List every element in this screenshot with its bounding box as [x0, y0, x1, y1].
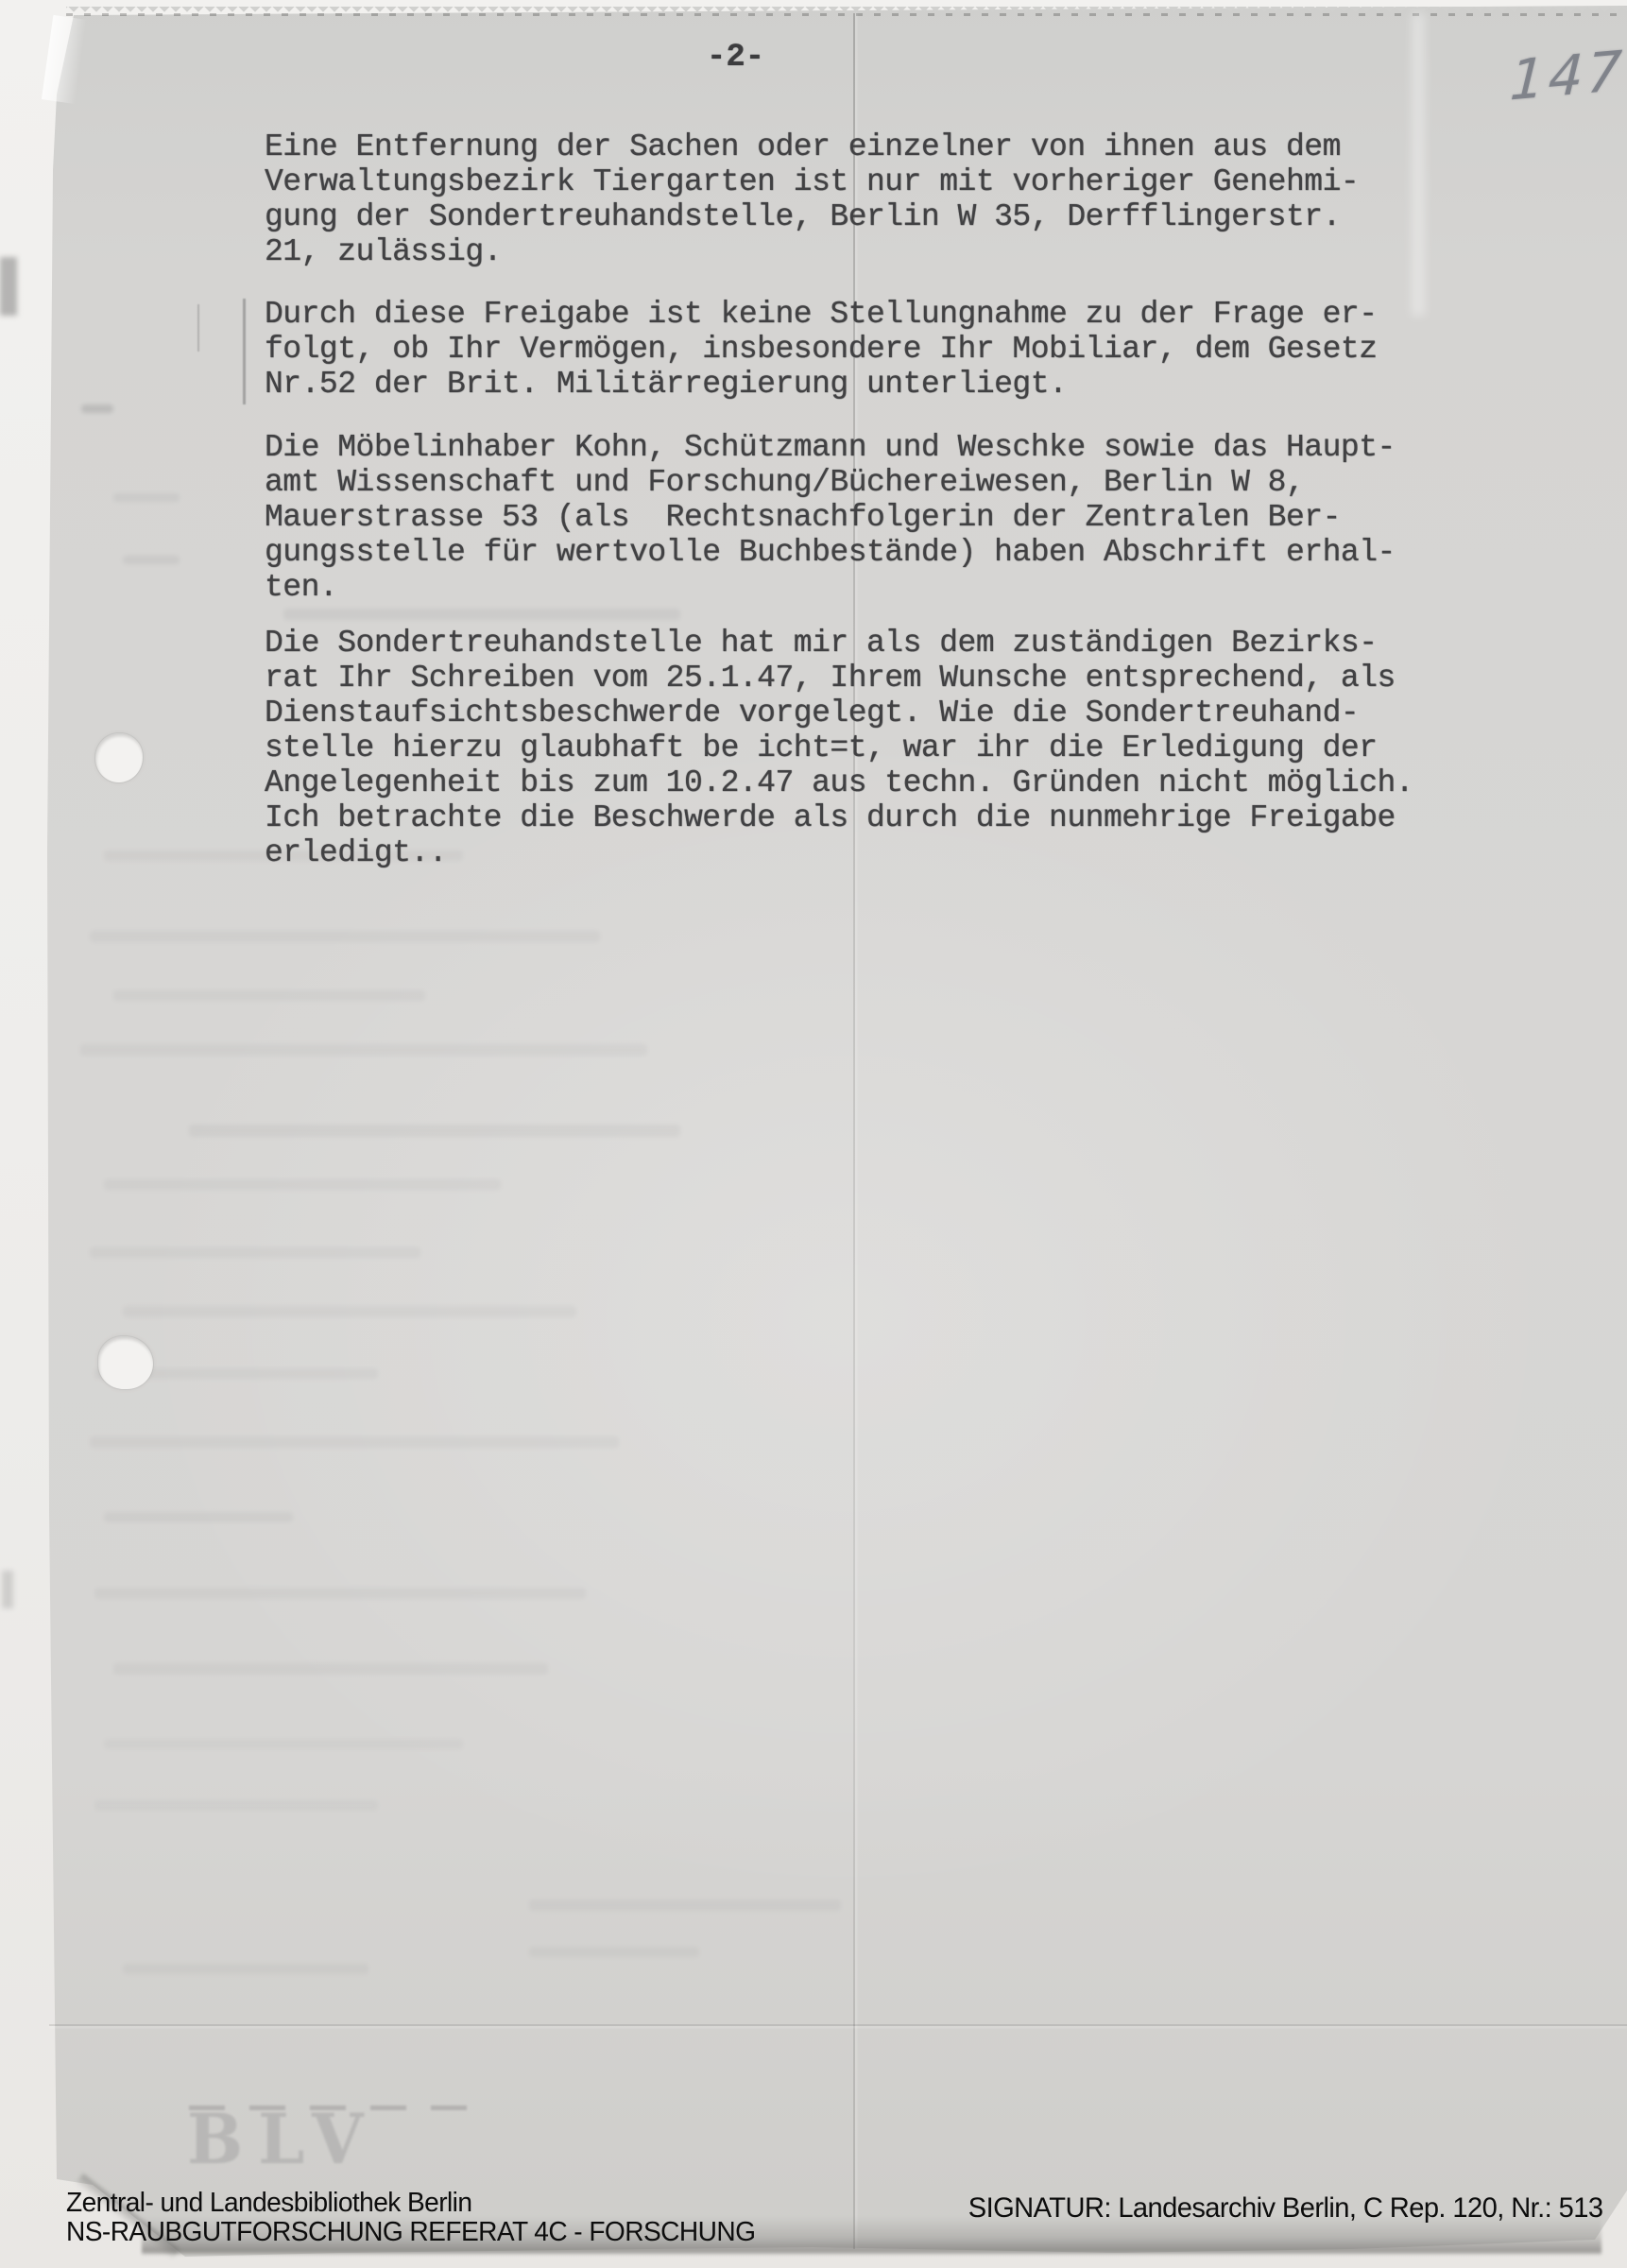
- footer-signature: SIGNATUR: Landesarchiv Berlin, C Rep. 12…: [968, 2192, 1602, 2225]
- bleedthrough-mark: [90, 1436, 619, 1448]
- margin-smudge: [0, 257, 17, 316]
- footer-institution: Zentral- und Landesbibliothek Berlin NS-…: [66, 2189, 755, 2247]
- page-number: -2-: [707, 40, 764, 76]
- typewritten-line: ten.: [265, 570, 1396, 605]
- typewritten-line: erledigt..: [265, 835, 1413, 870]
- typewritten-line: gung der Sondertreuhandstelle, Berlin W …: [265, 199, 1359, 234]
- punch-hole-bottom: [98, 1336, 153, 1389]
- bleedthrough-mark: [113, 493, 180, 502]
- typewritten-line: Verwaltungsbezirk Tiergarten ist nur mit…: [265, 164, 1359, 199]
- margin-mark-line: [243, 299, 246, 404]
- bleedthrough-mark: [123, 556, 180, 564]
- typewritten-line: Angelegenheit bis zum 10.2.47 aus techn.…: [265, 765, 1413, 800]
- bleedthrough-mark: [90, 931, 600, 942]
- bleedthrough-mark: [283, 609, 680, 620]
- typewritten-line: 21, zulässig.: [265, 234, 1359, 269]
- blv-stamp: BLV: [187, 2098, 378, 2180]
- bleedthrough-mark: [123, 1964, 368, 1974]
- typewritten-line: Dienstaufsichtsbeschwerde vorgelegt. Wie…: [265, 696, 1413, 730]
- bleedthrough-mark: [94, 1800, 378, 1811]
- bleedthrough-mark: [104, 1512, 293, 1522]
- margin-mark-line: [197, 304, 199, 352]
- typewritten-line: rat Ihr Schreiben vom 25.1.47, Ihrem Wun…: [265, 661, 1413, 696]
- paragraph-4: Die Sondertreuhandstelle hat mir als dem…: [265, 626, 1413, 870]
- handwritten-folio-number: 147: [1508, 38, 1627, 112]
- typewritten-line: Durch diese Freigabe ist keine Stellungn…: [265, 297, 1378, 332]
- paragraph-3: Die Möbelinhaber Kohn, Schützmann und We…: [265, 430, 1396, 605]
- bleedthrough-mark: [90, 1247, 420, 1258]
- punch-hole-top: [95, 733, 143, 782]
- bleedthrough-mark: [113, 990, 425, 1001]
- typewritten-line: Eine Entfernung der Sachen oder einzelne…: [265, 129, 1359, 164]
- typewritten-line: gungsstelle für wertvolle Buchbestände) …: [265, 535, 1396, 570]
- serration-shadow: [66, 13, 1627, 16]
- bleedthrough-mark: [113, 1663, 548, 1675]
- footer-institution-line2: NS-RAUBGUTFORSCHUNG REFERAT 4C - FORSCHU…: [66, 2218, 755, 2247]
- bleedthrough-mark: [189, 1125, 680, 1137]
- bleedthrough-mark: [94, 1588, 586, 1599]
- typewritten-line: folgt, ob Ihr Vermögen, insbesondere Ihr…: [265, 332, 1378, 367]
- bleedthrough-mark: [529, 1947, 699, 1957]
- bleedthrough-mark: [529, 1899, 841, 1911]
- bleedthrough-mark: [123, 1306, 576, 1317]
- paragraph-1: Eine Entfernung der Sachen oder einzelne…: [265, 129, 1359, 269]
- paragraph-2: Durch diese Freigabe ist keine Stellungn…: [265, 297, 1378, 402]
- typewritten-line: amt Wissenschaft und Forschung/Büchereiw…: [265, 465, 1396, 500]
- horizontal-fold-crease: [49, 2024, 1627, 2026]
- typewritten-line: Die Sondertreuhandstelle hat mir als dem…: [265, 626, 1413, 661]
- typewritten-line: Mauerstrasse 53 (als Rechtsnachfolgerin …: [265, 500, 1396, 535]
- footer-institution-line1: Zentral- und Landesbibliothek Berlin: [66, 2189, 755, 2218]
- margin-smudge: [2, 1571, 13, 1608]
- bleedthrough-mark: [104, 1739, 463, 1749]
- bleedthrough-mark: [81, 404, 113, 413]
- typewritten-line: Nr.52 der Brit. Militärregierung unterli…: [265, 367, 1378, 402]
- right-sheen-crease: [1412, 13, 1425, 316]
- typewritten-line: Die Möbelinhaber Kohn, Schützmann und We…: [265, 430, 1396, 465]
- typewritten-line: Ich betrachte die Beschwerde als durch d…: [265, 800, 1413, 835]
- bleedthrough-mark: [80, 1044, 647, 1056]
- bleedthrough-mark: [104, 1179, 501, 1190]
- scanned-document-page: -2- 147 Eine Entfernung der Sachen oder …: [0, 0, 1627, 2268]
- typewritten-line: stelle hierzu glaubhaft be icht=t, war i…: [265, 730, 1413, 765]
